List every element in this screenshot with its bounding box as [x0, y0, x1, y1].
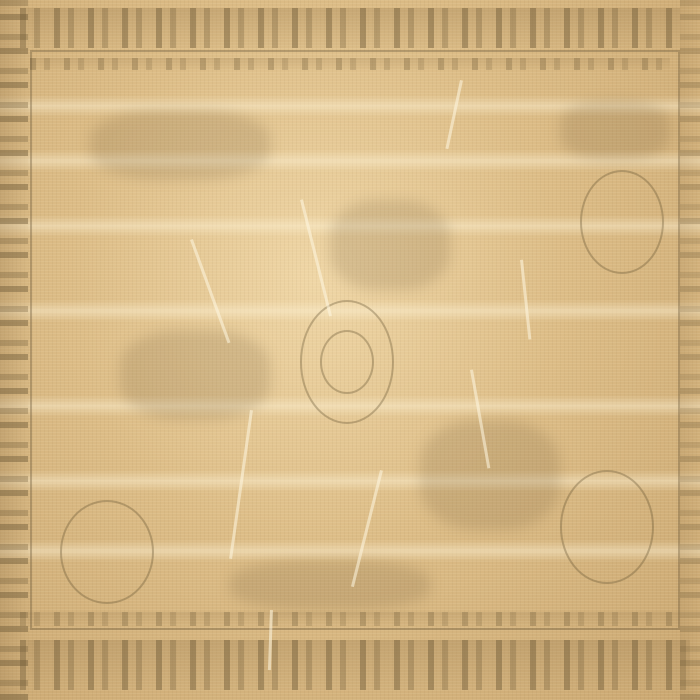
pattern-patch: [560, 100, 670, 160]
pattern-patch: [330, 200, 450, 290]
pattern-patch: [90, 110, 270, 180]
left-border: [0, 0, 28, 700]
top-border: [20, 8, 680, 48]
right-border: [680, 0, 700, 700]
inner-medallion: [320, 330, 374, 394]
pattern-patch: [230, 560, 430, 610]
pattern-patch: [120, 330, 270, 420]
corner-motif: [60, 500, 154, 604]
corner-motif: [560, 470, 654, 584]
corner-motif: [580, 170, 664, 274]
bottom-border: [20, 640, 690, 690]
pattern-patch: [420, 420, 560, 530]
rug-photo: Worn antique rug with faded beige/tan fi…: [0, 0, 700, 700]
